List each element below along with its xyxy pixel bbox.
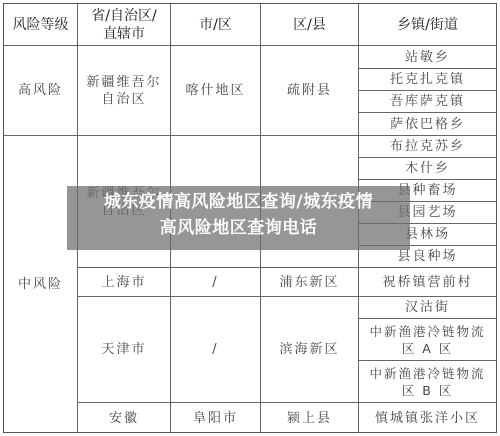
high-risk-town: 吾库萨克镇	[359, 91, 496, 113]
medium-tianjin-province: 天津市	[78, 297, 171, 403]
header-city: 市/区	[171, 4, 261, 46]
medium-shanghai-town: 祝桥镇营前村	[359, 268, 496, 297]
high-risk-level: 高风险	[4, 46, 78, 136]
medium-risk-level: 中风险	[4, 136, 78, 433]
medium-anhui-city: 阜阳市	[171, 403, 261, 433]
high-risk-province-line1: 新疆维吾尔	[86, 74, 161, 91]
medium-tianjin-town: 中新渔港冷链物流 区 A 区	[359, 319, 496, 361]
header-county: 区/县	[261, 4, 359, 46]
medium-tianjin-county: 滨海新区	[261, 297, 359, 403]
medium-shanghai-county: 浦东新区	[261, 268, 359, 297]
high-risk-county: 疏附县	[261, 46, 359, 136]
medium-shanghai-province: 上海市	[78, 268, 171, 297]
header-risk-level: 风险等级	[4, 4, 78, 46]
title-overlay-text: 城东疫情高风险地区查询/城东疫情 高风险地区查询电话	[67, 189, 410, 241]
medium-tianjin-town-line1: 中新渔港冷链物流	[369, 323, 485, 340]
high-risk-town: 托克扎克镇	[359, 69, 496, 91]
medium-xinjiang-town: 木什乡	[359, 158, 496, 180]
medium-tianjin-town-line2: 区 B 区	[402, 382, 454, 399]
medium-tianjin-city: /	[171, 297, 261, 403]
medium-xinjiang-town: 布拉克苏乡	[359, 136, 496, 158]
medium-anhui-town: 慎城镇张洋小区	[359, 403, 496, 433]
high-risk-province: 新疆维吾尔 自治区	[78, 46, 171, 136]
medium-shanghai-city: /	[171, 268, 261, 297]
medium-tianjin-town-line2: 区 A 区	[402, 340, 454, 357]
medium-tianjin-town: 汉沽街	[359, 297, 496, 319]
high-risk-city: 喀什地区	[171, 46, 261, 136]
title-overlay-line1: 城东疫情高风险地区查询/城东疫情	[67, 189, 410, 215]
title-overlay-line2: 高风险地区查询电话	[67, 215, 410, 241]
header-province-line2: 直辖市	[103, 25, 145, 43]
header-province: 省/自治区/ 直辖市	[78, 4, 171, 46]
high-risk-province-line2: 自治区	[101, 91, 146, 108]
medium-anhui-county: 颍上县	[261, 403, 359, 433]
medium-tianjin-town: 中新渔港冷链物流 区 B 区	[359, 361, 496, 403]
header-town: 乡镇/街道	[359, 4, 496, 46]
high-risk-town: 萨依巴格乡	[359, 113, 496, 136]
high-risk-town: 站敏乡	[359, 46, 496, 69]
medium-anhui-province: 安徽	[78, 403, 171, 433]
medium-tianjin-town-line1: 中新渔港冷链物流	[369, 365, 485, 382]
header-province-line1: 省/自治区/	[91, 7, 156, 25]
